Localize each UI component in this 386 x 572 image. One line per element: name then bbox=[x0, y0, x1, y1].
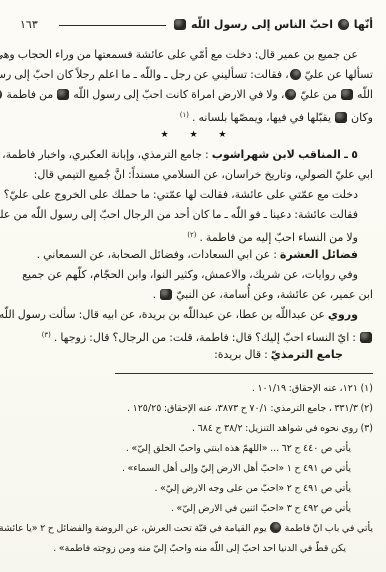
text-segment: اللّه bbox=[354, 88, 373, 101]
text-segment: عن عبداللّه بن عطا، عن عبداللّه بن بريدة… bbox=[0, 308, 328, 321]
body-line: وكان يقبّلها في فيها، ويمصّها بلسانه . (… bbox=[14, 105, 373, 125]
footnote-line: يأتي ص ٤٩١ ح ٢ «احبّ من على وجه الارض إل… bbox=[14, 479, 373, 499]
footnote-line: (١) ١٢١، عنه الإحقاق: ١٠١/١٩ . bbox=[14, 379, 373, 399]
footnote-line: يأتي ص ٤٩١ ح ١ «احبّ أهل الارض إليّ وإلى… bbox=[14, 459, 373, 479]
body-line: عن جميع بن عمير قال: دخلت مع أمّي على عا… bbox=[14, 45, 373, 65]
body-line: وروي عن عبداللّه بن عطا، عن عبداللّه بن … bbox=[14, 305, 373, 325]
text-segment: ★ ★ ★ bbox=[161, 130, 227, 140]
text-segment: يوم القيامة في قبّة تحت العرش، عن الروضة… bbox=[0, 523, 269, 534]
text-segment: (١) ١٢١، عنه الإحقاق: ١٠١/١٩ . bbox=[252, 383, 373, 394]
text-segment: : عن ابي السعادات، وفضائل الصحابة، عن ال… bbox=[37, 248, 280, 261]
footnote-line: يكن قطّ في الدنيا احد احبّ إلى اللّه منه… bbox=[14, 539, 373, 559]
body-line: تسألها عن عليّ ، فقالت: تسأليني عن رجل ـ… bbox=[14, 65, 373, 85]
text-segment: ولا من النساء احبّ إليه من فاطمة . bbox=[196, 231, 358, 244]
body-line: ولا من النساء احبّ إليه من فاطمة . (٢) bbox=[14, 225, 373, 245]
source-title-text: وروي bbox=[328, 308, 358, 321]
footnote-rule bbox=[115, 373, 373, 374]
page-title: أنّها احبّ الناس إلى رسول اللّه bbox=[173, 18, 373, 31]
footnote-line: (٢) ٣٣١/٣ ، جامع الترمذي: ٧٠/١ ح ٣٨٧٣، ع… bbox=[14, 399, 373, 419]
page-number: ١٦٣ bbox=[14, 18, 52, 31]
source-title-text: ٥ ـ المناقب لابن شهراشوب bbox=[212, 148, 358, 161]
text-segment: من فاطمة bbox=[3, 88, 56, 101]
text-segment: دخلت مع عمّتي على عائشة، فقالت لها عمّتي… bbox=[4, 188, 358, 201]
body-line: ابي عليّ الصولي، وتاريخ خراسان، عن السلا… bbox=[14, 165, 373, 185]
header-rule bbox=[59, 25, 166, 26]
stars-separator: ★ ★ ★ bbox=[14, 125, 373, 145]
text-segment: يأتي ص ٤٩١ ح ١ «احبّ أهل الارض إليّ وإلى… bbox=[122, 463, 351, 474]
footnote-line: يأتي ص ٤٩٢ ح ٣ «احبّ اثنين في الارض إليّ… bbox=[14, 499, 373, 519]
text-segment: من عليّ bbox=[297, 88, 340, 101]
running-header: أنّها احبّ الناس إلى رسول اللّه ١٦٣ bbox=[14, 14, 373, 34]
footnote-ref: (٣) bbox=[42, 331, 51, 339]
as-honorific-icon bbox=[270, 522, 281, 533]
text-segment: يأتي ص ٤٩٢ ح ٣ «احبّ اثنين في الارض إليّ… bbox=[171, 503, 351, 514]
footnote-section: (١) ١٢١، عنه الإحقاق: ١٠١/١٩ .(٢) ٣٣١/٣ … bbox=[14, 373, 373, 559]
text-segment: يقبّلها في فيها، ويمصّها بلسانه . bbox=[189, 111, 334, 124]
text-segment: أنّها bbox=[350, 18, 373, 31]
text-segment: تسألها عن عليّ bbox=[302, 68, 373, 81]
pbuh-honorific-icon bbox=[57, 89, 69, 100]
text-segment: : قال بريدة: bbox=[214, 348, 271, 361]
as-honorific-icon bbox=[338, 19, 349, 30]
body-line: دخلت مع عمّتي على عائشة، فقالت لها عمّتي… bbox=[14, 185, 373, 205]
footnote-line: (٣) روي نحوه في شواهد التنزيل: ٣٨/٢ ح ٦٨… bbox=[14, 419, 373, 439]
source-title-text: فضائل العشرة bbox=[280, 248, 358, 261]
text-segment: احبّ الناس إلى رسول اللّه bbox=[187, 18, 337, 31]
body-text: عن جميع بن عمير قال: دخلت مع أمّي على عا… bbox=[14, 45, 373, 365]
text-segment: وفي روايات، عن شريك، والاعمش، وكثير النو… bbox=[22, 268, 358, 281]
body-line: جامع الترمذيّ : قال بريدة: bbox=[14, 345, 373, 365]
text-segment: ، ولا في الارض امراة كانت احبّ إلى رسول … bbox=[70, 88, 284, 101]
text-segment: يأتي في باب انّ فاطمة bbox=[282, 523, 373, 534]
text-segment: يأتي ص ٤٩١ ح ٢ «احبّ من على وجه الارض إل… bbox=[154, 483, 351, 494]
as-honorific-icon bbox=[285, 89, 296, 100]
text-segment: (٢) ٣٣١/٣ ، جامع الترمذي: ٧٠/١ ح ٣٨٧٣، ع… bbox=[127, 403, 373, 414]
body-line: ٥ ـ المناقب لابن شهراشوب : جامع الترمذي،… bbox=[14, 145, 373, 165]
text-segment: يكن قطّ في الدنيا احد احبّ إلى اللّه منه… bbox=[53, 543, 346, 554]
pbuh-honorific-icon bbox=[341, 89, 353, 100]
text-segment: يأتي ص ٤٤٠ ح ٦٢ ... «اللهمّ هذه ابنتي وا… bbox=[126, 443, 351, 454]
body-line: وفي روايات، عن شريك، والاعمش، وكثير النو… bbox=[14, 265, 373, 285]
text-segment: ، فقالت: تسأليني عن رجل ـ واللّه ـ ما اع… bbox=[0, 68, 289, 81]
source-title-text: جامع الترمذيّ bbox=[271, 348, 343, 361]
body-line: فقالت عائشة: دعينا ـ فو اللّه ـ ما كان أ… bbox=[14, 205, 373, 225]
text-segment: ابن عمير، عن عائشة، وعن أُسامة، عن النبي… bbox=[173, 288, 373, 301]
body-line: : ايّ النساء احبّ إليك؟ قال: فاطمة، قلت:… bbox=[14, 325, 373, 345]
footnotes: (١) ١٢١، عنه الإحقاق: ١٠١/١٩ .(٢) ٣٣١/٣ … bbox=[14, 379, 373, 559]
book-page: أنّها احبّ الناس إلى رسول اللّه ١٦٣ عن ج… bbox=[0, 0, 386, 572]
footnote-ref: (١) bbox=[180, 111, 189, 119]
text-segment: . bbox=[153, 288, 160, 301]
text-segment: (٣) روي نحوه في شواهد التنزيل: ٣٨/٢ ح ٦٨… bbox=[192, 423, 373, 434]
pbuh-honorific-icon bbox=[360, 332, 372, 343]
pbuh-honorific-icon bbox=[335, 112, 347, 123]
body-line: ابن عمير، عن عائشة، وعن أُسامة، عن النبي… bbox=[14, 285, 373, 305]
as-honorific-icon bbox=[290, 69, 301, 80]
footnote-line: يأتي في باب انّ فاطمة يوم القيامة في قبّ… bbox=[14, 519, 373, 539]
footnote-line: يأتي ص ٤٤٠ ح ٦٢ ... «اللهمّ هذه ابنتي وا… bbox=[14, 439, 373, 459]
text-segment: ابي عليّ الصولي، وتاريخ خراسان، عن السلا… bbox=[34, 168, 373, 181]
text-segment: : جامع الترمذي، وإبانة العكبري، واخبار ف… bbox=[0, 148, 212, 161]
body-line: فضائل العشرة : عن ابي السعادات، وفضائل ا… bbox=[14, 245, 373, 265]
text-segment: وكان bbox=[348, 111, 373, 124]
body-line: اللّه من عليّ ، ولا في الارض امراة كانت … bbox=[14, 85, 373, 105]
pbuh-honorific-icon bbox=[174, 19, 186, 30]
text-segment: : ايّ النساء احبّ إليك؟ قال: فاطمة، قلت:… bbox=[51, 331, 359, 344]
text-segment: عن جميع بن عمير قال: دخلت مع أمّي على عا… bbox=[0, 48, 358, 61]
pbuh-honorific-icon bbox=[160, 289, 172, 300]
text-segment: فقالت عائشة: دعينا ـ فو اللّه ـ ما كان أ… bbox=[0, 208, 358, 221]
